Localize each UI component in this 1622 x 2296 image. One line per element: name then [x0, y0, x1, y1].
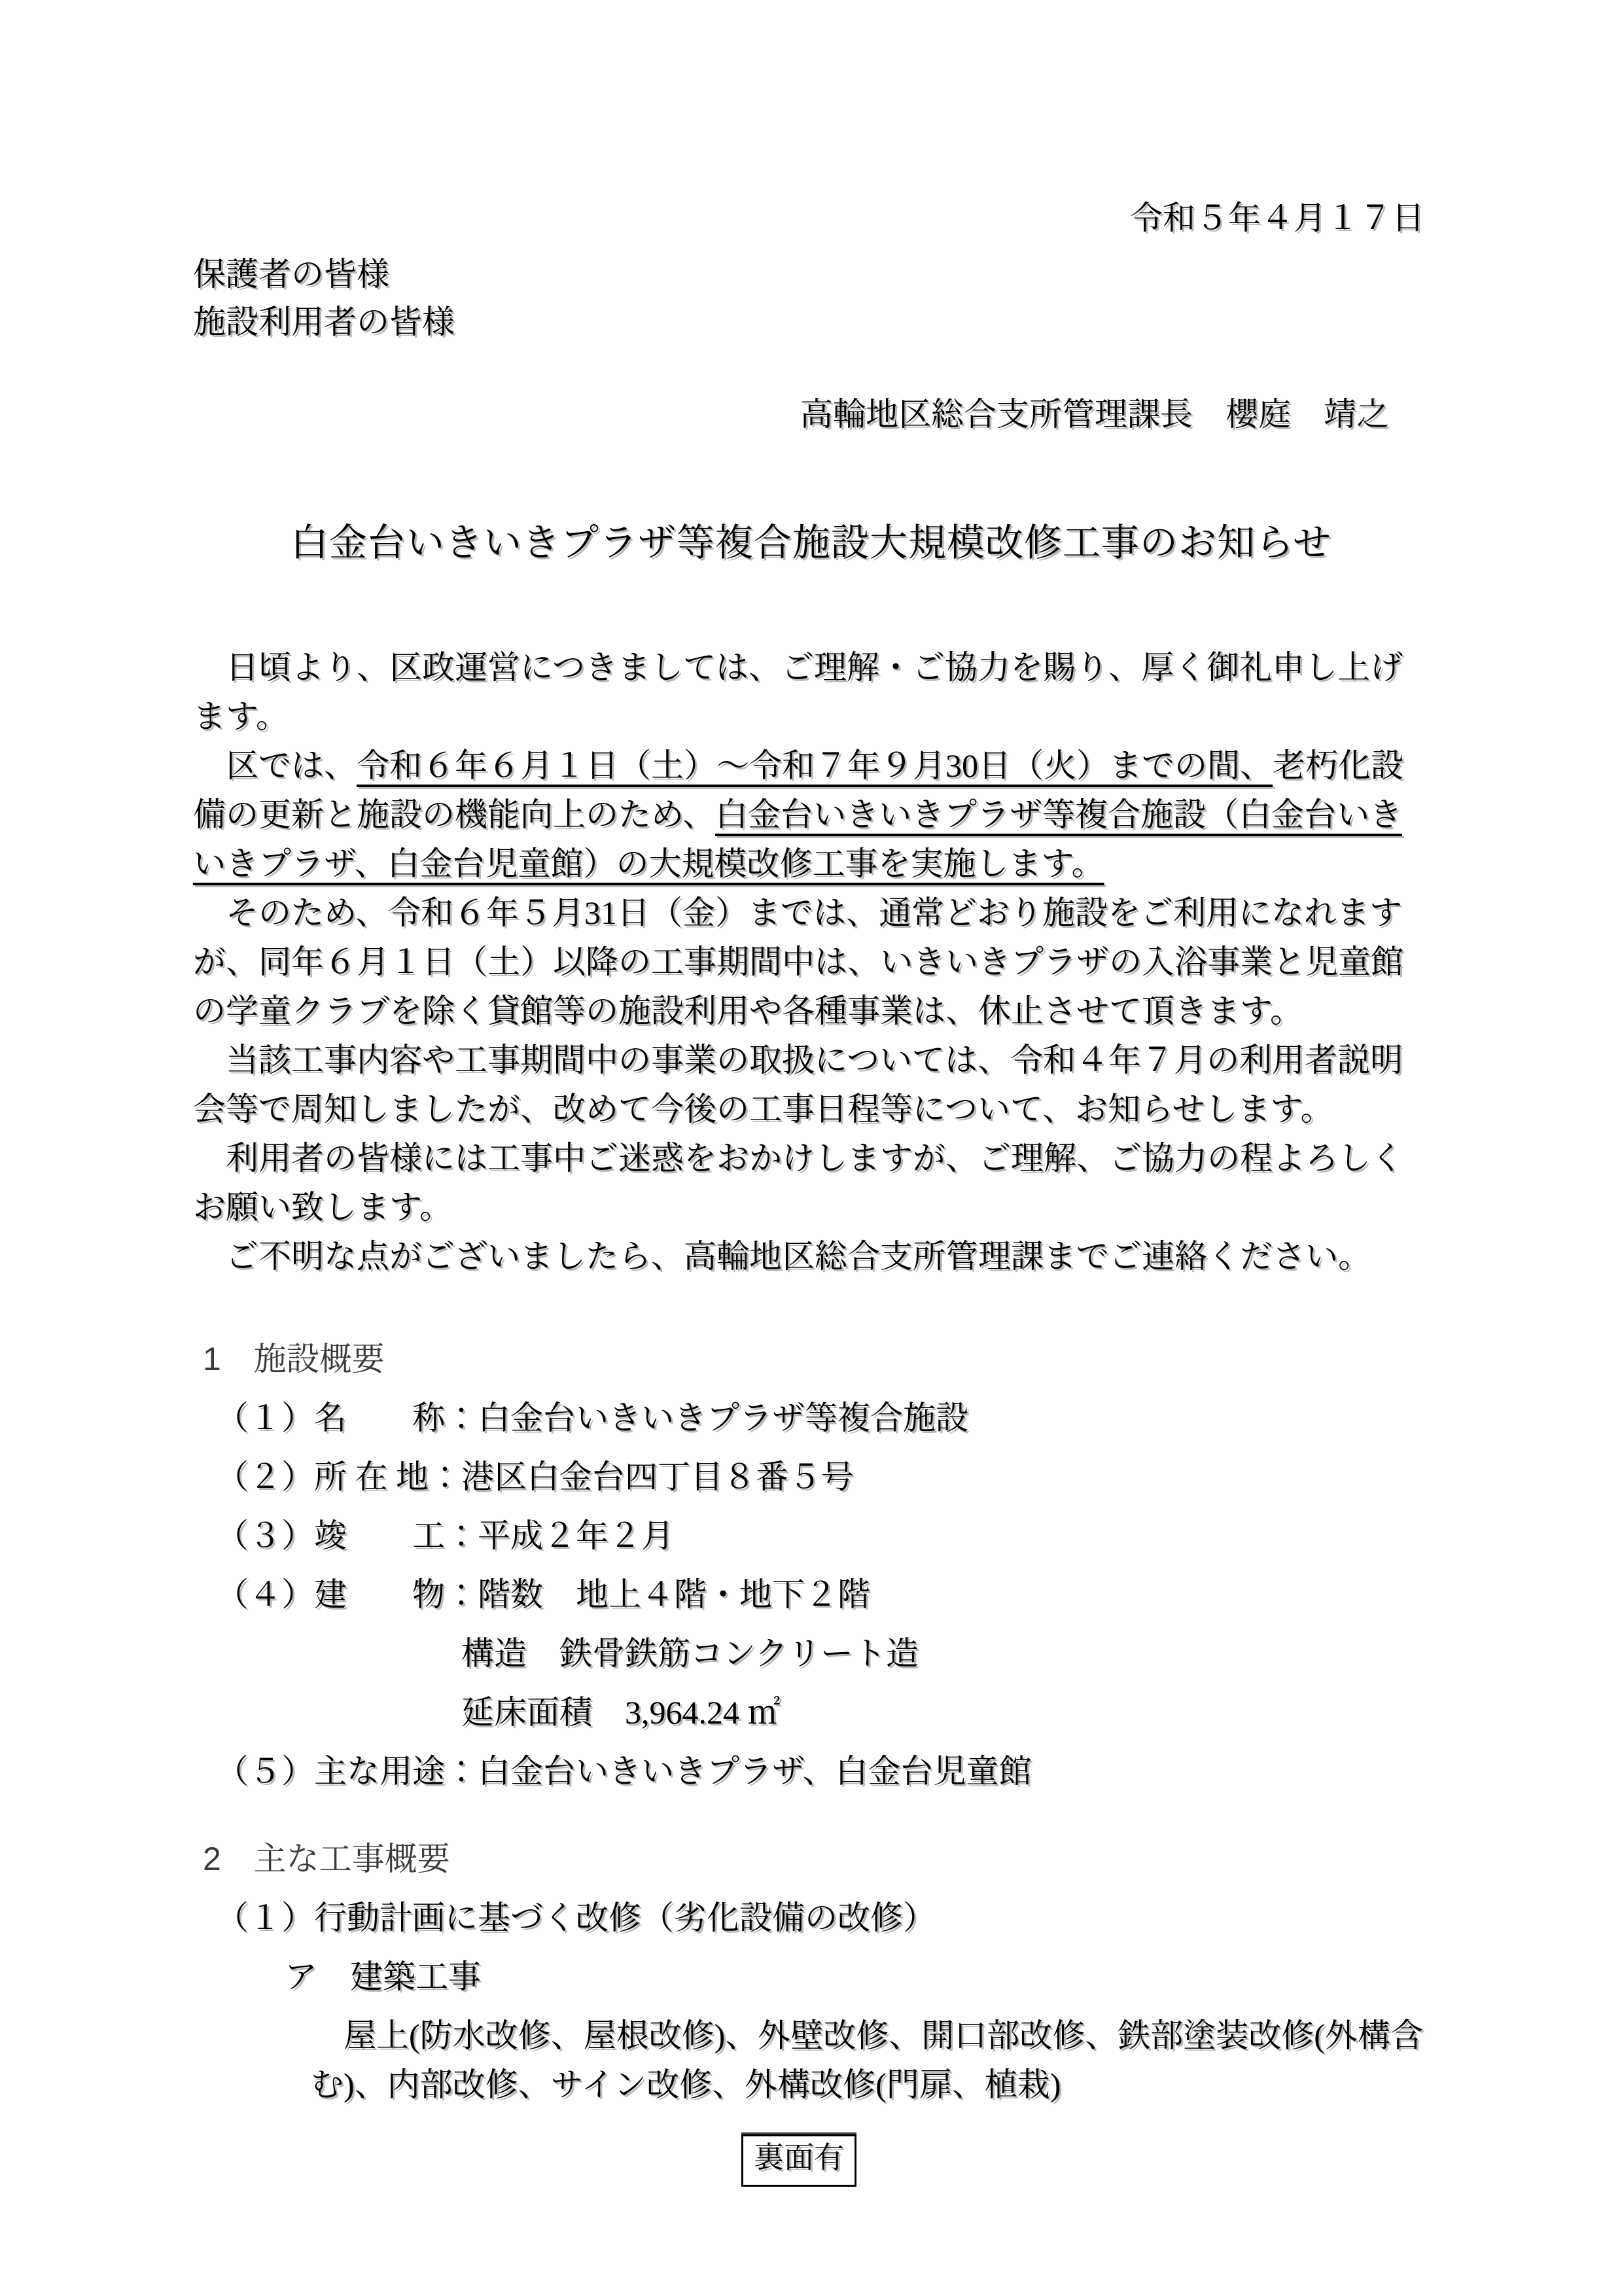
addressee-guardians: 保護者の皆様	[193, 251, 455, 298]
text-run: 区では、	[193, 747, 357, 784]
text-run: 構造 鉄骨鉄筋コンクリート造	[461, 1635, 919, 1672]
text-run: ア 建築工事	[285, 1958, 481, 1995]
text-line: （１）名 称：白金台いきいきプラザ等複合施設	[216, 1388, 1032, 1447]
text-line: 延床面積 3,964.24 ㎡	[216, 1683, 1032, 1742]
text-line: （２）所 在 地：港区白金台四丁目８番５号	[216, 1447, 1032, 1506]
text-line: の学童クラブを除く貸館等の施設利用や各種事業は、休止させて頂きます。	[193, 987, 1436, 1036]
text-run: （１）行動計画に基づく改修（劣化設備の改修）	[216, 1899, 936, 1936]
text-line: ご不明な点がございましたら、高輪地区総合支所管理課までご連絡ください。	[193, 1232, 1436, 1281]
document-page: 令和５年４月１７日 保護者の皆様 施設利用者の皆様 高輪地区総合支所管理課長 櫻…	[0, 0, 1622, 2296]
text-line: 屋上(防水改修、屋根改修)、外壁改修、開口部改修、鉄部塗装改修(外構含	[216, 2006, 1423, 2055]
text-line: む)、内部改修、サイン改修、外構改修(門扉、植栽)	[216, 2055, 1423, 2114]
sender-name: 高輪地区総合支所管理課長 櫻庭 靖之	[800, 396, 1389, 433]
text-run: む)、内部改修、サイン改修、外構改修(門扉、植栽)	[311, 2066, 1061, 2103]
section2-heading: 2 主な工事概要	[203, 1840, 450, 1878]
text-run: 屋上(防水改修、屋根改修)、外壁改修、開口部改修、鉄部塗装改修(外構含	[344, 2017, 1423, 2054]
text-run: ご不明な点がございましたら、高輪地区総合支所管理課までご連絡ください。	[193, 1238, 1371, 1275]
text-line: （１）行動計画に基づく改修（劣化設備の改修）	[216, 1888, 1423, 1947]
back-side-note-box: 裏面有	[741, 2134, 856, 2187]
underlined-text-run: 令和６年６月１日（土）～令和７年９月30日（火）までの間、	[357, 747, 1273, 784]
underlined-text-run: 白金台いきいきプラザ等複合施設（白金台いき	[715, 796, 1402, 833]
text-line: （３）竣 工：平成２年２月	[216, 1506, 1032, 1565]
text-run: 老朽化設	[1273, 747, 1403, 784]
text-line: 利用者の皆様には工事中ご迷惑をおかけしますが、ご理解、ご協力の程よろしく	[193, 1134, 1436, 1183]
text-line: が、同年６月１日（土）以降の工事期間中は、いきいきプラザの入浴事業と児童館	[193, 938, 1436, 987]
text-run: 日頃より、区政運営につきましては、ご理解・ご協力を賜り、厚く御礼申し上げ	[193, 649, 1403, 686]
document-date: 令和５年４月１７日	[1130, 200, 1424, 236]
text-line: いきプラザ、白金台児童館）の大規模改修工事を実施します。	[193, 839, 1436, 889]
body-paragraphs: 日頃より、区政運営につきましては、ご理解・ご協力を賜り、厚く御礼申し上げます。 …	[193, 643, 1436, 1281]
text-line: 構造 鉄骨鉄筋コンクリート造	[216, 1624, 1032, 1683]
text-run: （３）竣 工：平成２年２月	[216, 1517, 674, 1554]
text-run: 備の更新と施設の機能向上のため、	[193, 796, 715, 833]
text-line: 会等で周知しましたが、改めて今後の工事日程等について、お知らせします。	[193, 1085, 1436, 1134]
text-run: が、同年６月１日（土）以降の工事期間中は、いきいきプラザの入浴事業と児童館	[193, 944, 1403, 980]
text-line: 日頃より、区政運営につきましては、ご理解・ご協力を賜り、厚く御礼申し上げ	[193, 643, 1436, 692]
text-line: （５）主な用途：白金台いきいきプラザ、白金台児童館	[216, 1742, 1032, 1801]
text-run: 当該工事内容や工事期間中の事業の取扱については、令和４年７月の利用者説明	[193, 1042, 1403, 1078]
text-line: ます。	[193, 692, 1436, 741]
section2-construction-overview: （１）行動計画に基づく改修（劣化設備の改修）ア 建築工事屋上(防水改修、屋根改修…	[216, 1888, 1423, 2114]
text-run: 会等で周知しましたが、改めて今後の工事日程等について、お知らせします。	[193, 1091, 1333, 1127]
text-run: （２）所 在 地：港区白金台四丁目８番５号	[216, 1458, 854, 1495]
text-run: 延床面積 3,964.24 ㎡	[461, 1694, 781, 1731]
text-run: （１）名 称：白金台いきいきプラザ等複合施設	[216, 1400, 968, 1436]
text-run: 利用者の皆様には工事中ご迷惑をおかけしますが、ご理解、ご協力の程よろしく	[193, 1140, 1403, 1176]
text-line: 区では、令和６年６月１日（土）～令和７年９月30日（火）までの間、老朽化設	[193, 741, 1436, 790]
addressee-block: 保護者の皆様 施設利用者の皆様	[193, 251, 455, 346]
text-run: ます。	[193, 698, 289, 735]
section1-heading: 1 施設概要	[203, 1340, 385, 1378]
text-line: そのため、令和６年５月31日（金）までは、通常どおり施設をご利用になれます	[193, 889, 1436, 938]
text-run: （４）建 物：階数 地上４階・地下２階	[216, 1576, 870, 1613]
text-run: そのため、令和６年５月31日（金）までは、通常どおり施設をご利用になれます	[193, 894, 1402, 931]
text-run: お願い致します。	[193, 1189, 452, 1226]
text-run: （５）主な用途：白金台いきいきプラザ、白金台児童館	[216, 1753, 1032, 1790]
document-title: 白金台いきいきプラザ等複合施設大規模改修工事のお知らせ	[0, 520, 1622, 566]
addressee-facility-users: 施設利用者の皆様	[193, 298, 455, 346]
text-line: 備の更新と施設の機能向上のため、白金台いきいきプラザ等複合施設（白金台いき	[193, 790, 1436, 839]
text-line: お願い致します。	[193, 1183, 1436, 1232]
text-line: 当該工事内容や工事期間中の事業の取扱については、令和４年７月の利用者説明	[193, 1036, 1436, 1085]
section1-facility-overview: （１）名 称：白金台いきいきプラザ等複合施設（２）所 在 地：港区白金台四丁目８…	[216, 1388, 1032, 1801]
text-run: の学童クラブを除く貸館等の施設利用や各種事業は、休止させて頂きます。	[193, 993, 1303, 1029]
text-line: （４）建 物：階数 地上４階・地下２階	[216, 1565, 1032, 1624]
underlined-text-run: いきプラザ、白金台児童館）の大規模改修工事を実施します。	[193, 845, 1104, 882]
text-line: ア 建築工事	[216, 1947, 1423, 2006]
